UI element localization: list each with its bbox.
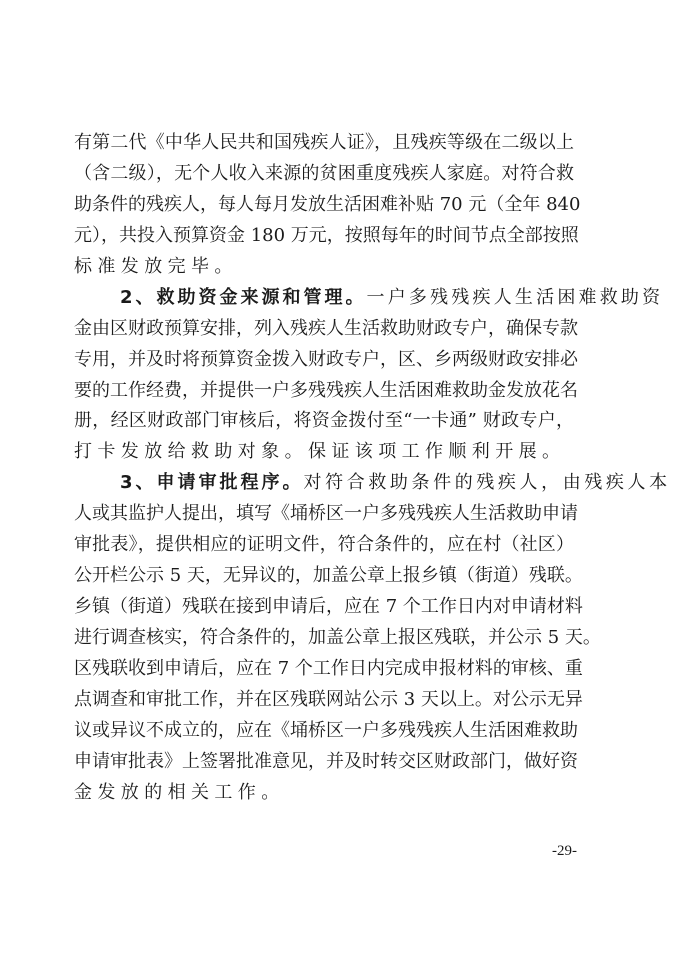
text-line: 进行调查核实，符合条件的，加盖公章上报区残联，并公示 5 天。 [74,623,574,654]
body-text: 有第二代《中华人民共和国残疾人证》，且残疾等级在二级以上 （含二级），无个人收入… [74,128,574,809]
text-line: （含二级），无个人收入来源的贫困重度残疾人家庭。对符合救 [74,159,574,190]
text-line: 乡镇（街道）残联在接到申请后，应在 7 个工作日内对申请材料 [74,592,574,623]
document-page: 有第二代《中华人民共和国残疾人证》，且残疾等级在二级以上 （含二级），无个人收入… [0,0,674,954]
text-line: 人或其监护人提出，填写《埇桥区一户多残残疾人生活救助申请 [74,499,574,530]
text-line: 打卡发放给救助对象。保证该项工作顺利开展。 [74,437,574,468]
text-line: 金由区财政预算安排，列入残疾人生活救助财政专户，确保专款 [74,314,574,345]
paragraph-2-first-line: 2、救助资金来源和管理。一户多残残疾人生活困难救助资 [74,283,574,314]
text-line: 申请审批表》上签署批准意见，并及时转交区财政部门，做好资 [74,747,574,778]
text-line: 元），共投入预算资金 180 万元，按照每年的时间节点全部按照 [74,221,574,252]
text-line: 公开栏公示 5 天，无异议的，加盖公章上报乡镇（街道）残联。 [74,561,574,592]
text-line: 专用，并及时将预算资金拨入财政专户，区、乡两级财政安排必 [74,345,574,376]
section-heading-funding: 2、救助资金来源和管理。 [120,287,367,308]
text-line: 要的工作经费，并提供一户多残残疾人生活困难救助金发放花名 [74,376,574,407]
text-run: 对符合救助条件的残疾人，由残疾人本 [304,472,671,493]
text-line: 册，经区财政部门审核后，将资金拨付至“一卡通” 财政专户， [74,406,574,437]
page-number: -29- [552,843,577,860]
text-line: 标准发放完毕。 [74,252,574,283]
text-line: 有第二代《中华人民共和国残疾人证》，且残疾等级在二级以上 [74,128,574,159]
text-line: 金发放的相关工作。 [74,778,574,809]
text-line: 点调查和审批工作，并在区残联网站公示 3 天以上。对公示无异 [74,685,574,716]
text-line: 议或异议不成立的，应在《埇桥区一户多残残疾人生活困难救助 [74,716,574,747]
section-heading-procedure: 3、申请审批程序。 [120,472,304,493]
text-line: 助条件的残疾人，每人每月发放生活困难补贴 70 元（全年 840 [74,190,574,221]
text-line: 审批表》，提供相应的证明文件，符合条件的，应在村（社区） [74,530,574,561]
text-run: 一户多残残疾人生活困难救助资 [367,287,664,308]
paragraph-3-first-line: 3、申请审批程序。对符合救助条件的残疾人，由残疾人本 [74,468,574,499]
text-line: 区残联收到申请后，应在 7 个工作日内完成申报材料的审核、重 [74,654,574,685]
